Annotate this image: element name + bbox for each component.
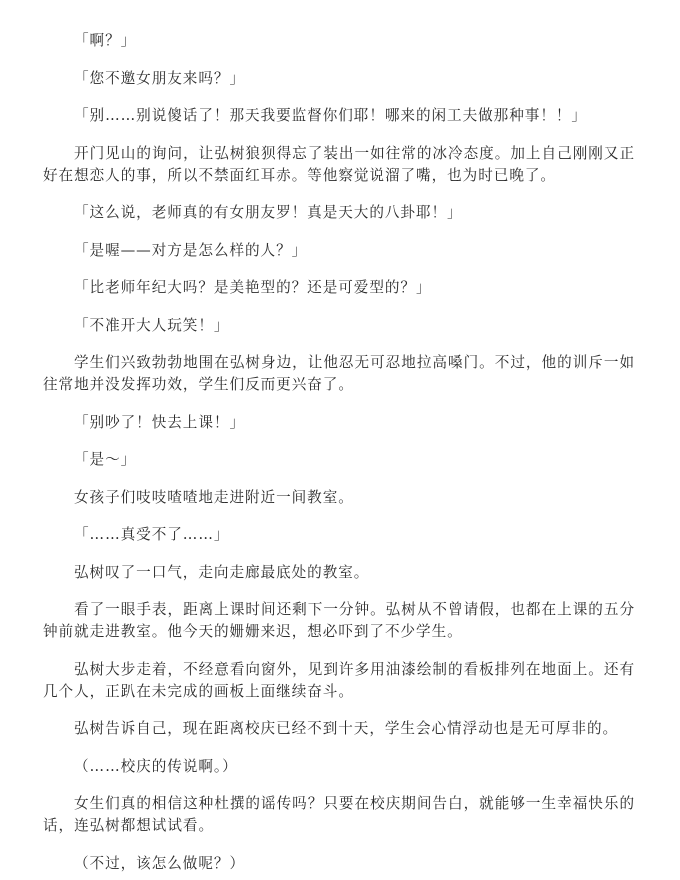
narration-paragraph: 弘树大步走着，不经意看向窗外，见到许多用油漆绘制的看板排列在地面上。还有几个人，… — [43, 659, 635, 703]
inner-thought: （……校庆的传说啊。） — [43, 756, 635, 778]
narration-paragraph: 学生们兴致勃勃地围在弘树身边，让他忍无可忍地拉高嗓门。不过，他的训斥一如往常地并… — [43, 352, 635, 396]
dialogue-line: 「是～」 — [43, 449, 635, 471]
document-page: 「啊？」 「您不邀女朋友来吗？」 「别……别说傻话了！那天我要监督你们耶！哪来的… — [43, 30, 635, 875]
narration-paragraph: 女孩子们吱吱喳喳地走进附近一间教室。 — [43, 487, 635, 509]
dialogue-line: 「不准开大人玩笑！」 — [43, 315, 635, 337]
dialogue-line: 「您不邀女朋友来吗？」 — [43, 68, 635, 90]
dialogue-line: 「别……别说傻话了！那天我要监督你们耶！哪来的闲工夫做那种事！！」 — [43, 105, 635, 127]
inner-thought: （不过，该怎么做呢？） — [43, 853, 635, 875]
dialogue-line: 「比老师年纪大吗？是美艳型的？还是可爱型的？」 — [43, 277, 635, 299]
dialogue-line: 「啊？」 — [43, 30, 635, 52]
narration-paragraph: 弘树叹了一口气，走向走廊最底处的教室。 — [43, 562, 635, 584]
narration-paragraph: 弘树告诉自己，现在距离校庆已经不到十天，学生会心情浮动也是无可厚非的。 — [43, 718, 635, 740]
dialogue-line: 「别吵了！快去上课！」 — [43, 412, 635, 434]
dialogue-line: 「是喔——对方是怎么样的人？」 — [43, 240, 635, 262]
narration-paragraph: 开门见山的询问，让弘树狼狈得忘了装出一如往常的冰冷态度。加上自己刚刚又正好在想恋… — [43, 143, 635, 187]
dialogue-line: 「这么说，老师真的有女朋友罗！真是天大的八卦耶！」 — [43, 202, 635, 224]
narration-paragraph: 看了一眼手表，距离上课时间还剩下一分钟。弘树从不曾请假，也都在上课的五分钟前就走… — [43, 599, 635, 643]
dialogue-line: 「……真受不了……」 — [43, 524, 635, 546]
narration-paragraph: 女生们真的相信这种杜撰的谣传吗？只要在校庆期间告白，就能够一生幸福快乐的话，连弘… — [43, 793, 635, 837]
